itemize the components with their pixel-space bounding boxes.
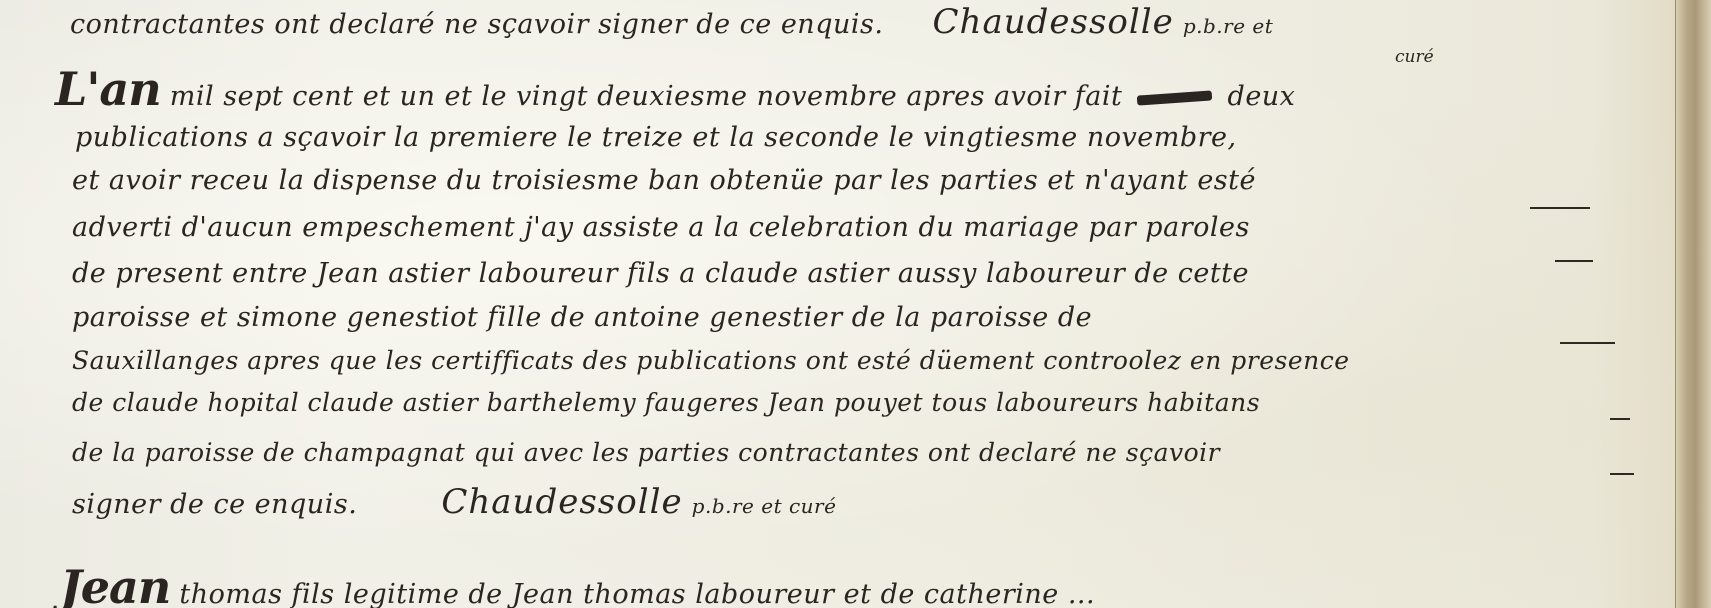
register-line-4: et avoir receu la dispense du troisiesme…: [72, 165, 1256, 196]
priest-signature: Chaudessolle: [441, 482, 682, 522]
line-text: thomas fils legitime de Jean thomas labo…: [179, 579, 1095, 608]
register-line-12: Jean thomas fils legitime de Jean thomas…: [60, 560, 1095, 608]
register-line-3: publications a sçavoir la premiere le tr…: [75, 122, 1237, 153]
register-line-11: signer de ce enquis. Chaudessolle p.b.re…: [72, 482, 836, 522]
line-text: mil sept cent et un et le vingt deuxiesm…: [170, 81, 1123, 112]
line-text: de la paroisse de champagnat qui avec le…: [72, 438, 1220, 467]
struck-out-text: [1137, 90, 1213, 105]
entry-initial: Jean: [60, 560, 170, 608]
register-line-7: paroisse et simone genestiot fille de an…: [72, 302, 1092, 333]
line-filler-dash: [1610, 473, 1634, 475]
signature-title: p.b.re et curé: [692, 494, 837, 518]
line-text-after-strike: deux: [1228, 81, 1296, 112]
page-binding-edge: [1675, 0, 1711, 608]
line-filler-dash: [1555, 260, 1593, 262]
supralinear-note: curé: [1395, 47, 1434, 67]
register-line-8: Sauxillanges apres que les certifficats …: [72, 346, 1350, 375]
register-line-1: contractantes ont declaré ne sçavoir sig…: [70, 2, 1273, 42]
register-line-5: adverti d'aucun empeschement j'ay assist…: [72, 212, 1250, 243]
line-text: adverti d'aucun empeschement j'ay assist…: [72, 212, 1250, 243]
register-line-2: L'an mil sept cent et un et le vingt deu…: [55, 62, 1295, 116]
entry-initial: L'an: [55, 62, 161, 116]
line-text: de claude hopital claude astier barthele…: [72, 388, 1260, 417]
manuscript-page: contractantes ont declaré ne sçavoir sig…: [0, 0, 1676, 608]
register-line-6: de present entre Jean astier laboureur f…: [72, 258, 1249, 289]
line-filler-dash: [1560, 342, 1615, 344]
line-text: contractantes ont declaré ne sçavoir sig…: [70, 9, 883, 40]
priest-signature: Chaudessolle: [933, 2, 1174, 42]
signature-title: p.b.re et: [1183, 14, 1273, 38]
line-text: de present entre Jean astier laboureur f…: [72, 258, 1249, 289]
line-text: et avoir receu la dispense du troisiesme…: [72, 165, 1256, 196]
line-text: Sauxillanges apres que les certifficats …: [72, 346, 1350, 375]
line-filler-dash: [1530, 207, 1590, 209]
line-text: signer de ce enquis.: [72, 489, 357, 520]
line-filler-dash: [1610, 418, 1630, 420]
line-text: paroisse et simone genestiot fille de an…: [72, 302, 1092, 333]
register-line-9: de claude hopital claude astier barthele…: [72, 388, 1260, 417]
line-text: publications a sçavoir la premiere le tr…: [75, 122, 1237, 153]
register-line-10: de la paroisse de champagnat qui avec le…: [72, 438, 1220, 467]
